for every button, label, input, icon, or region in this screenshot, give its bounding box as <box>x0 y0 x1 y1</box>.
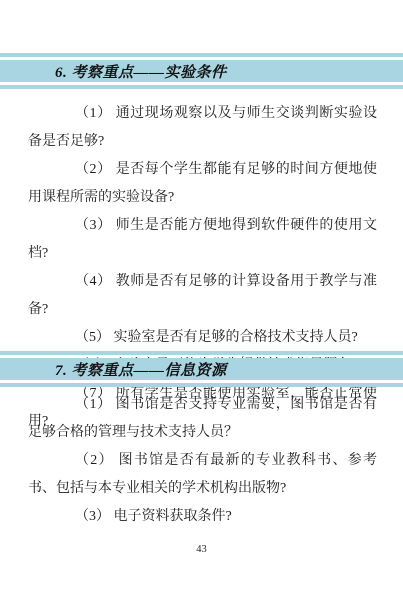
question-item: （3） 电子资料获取条件? <box>28 503 377 531</box>
section-7-heading-bar: 7. 考察重点——信息资源 <box>0 351 403 387</box>
question-item: （1） 通过现场观察以及与师生交谈判断实验设备是否足够? <box>28 100 377 156</box>
heading-bar-top-stripe <box>0 53 403 57</box>
section-7-heading: 7. 考察重点——信息资源 <box>55 359 227 380</box>
question-item: （5） 实验室是否有足够的合格技术支持人员? <box>28 324 377 352</box>
heading-band: 6. 考察重点——实验条件 <box>0 60 403 82</box>
section-6-heading: 6. 考察重点——实验条件 <box>55 61 227 82</box>
heading-band: 7. 考察重点——信息资源 <box>0 358 403 380</box>
section-6-heading-bar: 6. 考察重点——实验条件 <box>0 53 403 89</box>
question-item: （1） 图书馆是否支持专业需要，图书馆是否有足够合格的管理与技术支持人员？ <box>28 391 377 447</box>
document-page: 6. 考察重点——实验条件 （1） 通过现场观察以及与师生交谈判断实验设备是否足… <box>0 0 403 604</box>
page-number: 43 <box>0 544 403 555</box>
heading-bar-bottom-stripe <box>0 85 403 89</box>
question-item: （2） 图书馆是否有最新的专业教科书、参考书、包括与本专业相关的学术机构出版物? <box>28 447 377 503</box>
heading-bar-bottom-stripe <box>0 383 403 387</box>
question-item: （4） 教师是否有足够的计算设备用于教学与准备? <box>28 268 377 324</box>
section-7-body: （1） 图书馆是否支持专业需要，图书馆是否有足够合格的管理与技术支持人员？ （2… <box>28 391 377 531</box>
heading-bar-top-stripe <box>0 351 403 355</box>
question-item: （2） 是否每个学生都能有足够的时间方便地使用课程所需的实验设备? <box>28 156 377 212</box>
question-item: （3） 师生是否能方便地得到软件硬件的使用文档? <box>28 212 377 268</box>
